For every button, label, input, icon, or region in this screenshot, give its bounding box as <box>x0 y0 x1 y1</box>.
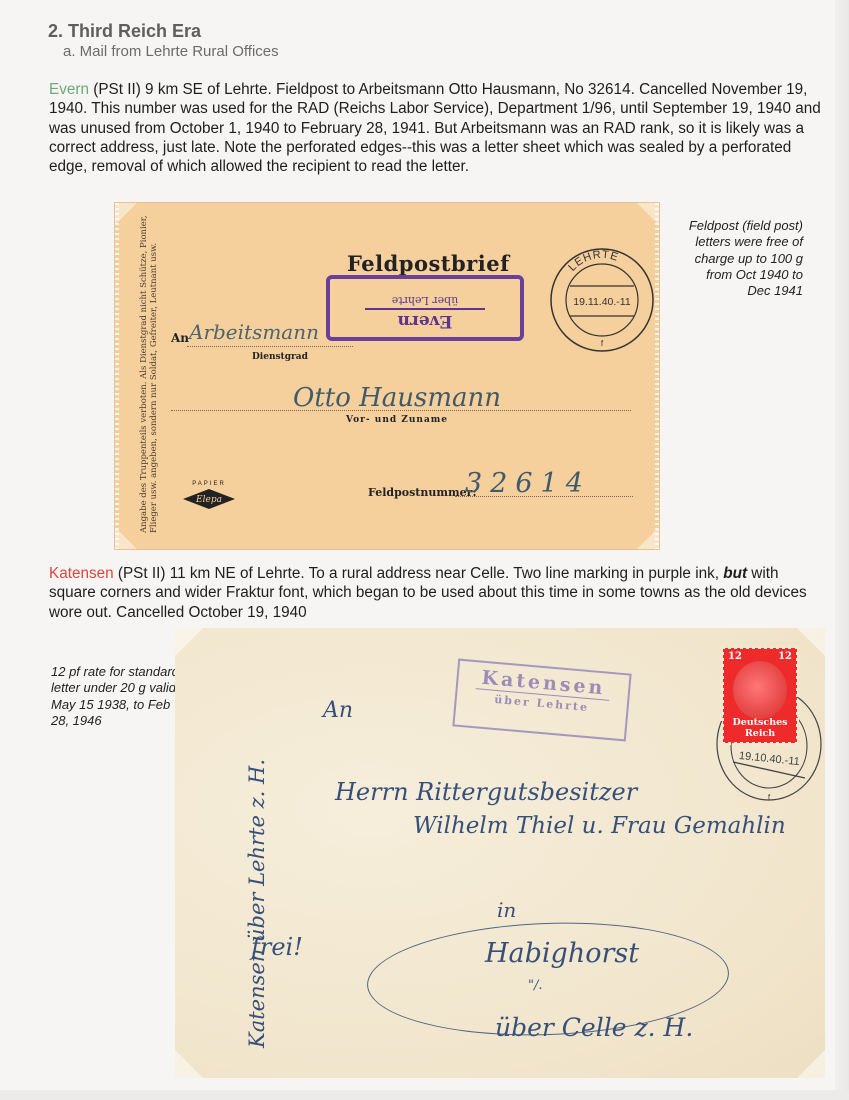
cancel-via: über Lehrte <box>365 294 485 310</box>
handwritten-address-last-line: über Celle z. H. <box>495 1013 693 1042</box>
svg-text:f: f <box>768 793 771 802</box>
katensen-rural-cancel: Katensen über Lehrte <box>452 659 631 742</box>
katensen-town-name: Katensen <box>49 565 114 582</box>
stamp-country: Deutsches Reich <box>725 717 795 739</box>
handwritten-name: Otto Hausmann <box>293 383 501 413</box>
handwritten-mark: "/. <box>528 978 543 993</box>
handwritten-sender-vertical: Katensen über Lehrte z. H. <box>245 759 269 1048</box>
photo-corner <box>175 1050 203 1078</box>
handwritten-destination-town: Habighorst <box>485 938 639 969</box>
photo-corner <box>637 203 659 225</box>
an-label: An <box>171 331 189 345</box>
photo-corner <box>115 203 137 225</box>
instructions-line-1: Angabe des Truppenteils verboten. Als Di… <box>139 223 149 533</box>
dienstgrad-label: Dienstgrad <box>252 352 308 362</box>
handwritten-address-line-1: Herrn Rittergutsbesitzer <box>335 778 637 806</box>
evern-description: Evern (PSt II) 9 km SE of Lehrte. Fieldp… <box>49 80 829 176</box>
page-edge <box>835 0 849 1100</box>
svg-text:f: f <box>601 339 604 348</box>
photo-corner <box>797 628 825 656</box>
page-title: 2. Third Reich Era <box>48 21 201 42</box>
page-bottom-edge <box>0 1090 849 1100</box>
photo-corner <box>797 1050 825 1078</box>
katensen-text-1: (PSt II) 11 km NE of Lehrte. To a rural … <box>114 565 724 582</box>
svg-text:LEHRTE: LEHRTE <box>566 249 620 274</box>
feldpostnummer-label: Feldpostnummer: <box>368 486 477 499</box>
page-subtitle: a. Mail from Lehrte Rural Offices <box>63 43 279 60</box>
perforated-edge-left <box>115 203 119 549</box>
instructions-line-2: Flieger usw. angeben, sondern nur Soldat… <box>149 223 159 533</box>
lehrte-postmark: LEHRTE 19.11.40.-11 f <box>548 246 656 354</box>
handwritten-rank: Arbeitsmann <box>189 320 319 344</box>
dotted-line <box>171 410 631 411</box>
dotted-line <box>187 346 353 347</box>
katensen-emphasis: but <box>723 565 747 582</box>
feldpost-side-note: Feldpost (field post) letters were free … <box>683 218 803 299</box>
katensen-description: Katensen (PSt II) 11 km NE of Lehrte. To… <box>49 564 829 622</box>
photo-corner <box>175 628 203 656</box>
photo-corner <box>637 527 659 549</box>
handwritten-in: in <box>497 898 516 922</box>
handwritten-feldpost-number: 32614 <box>465 468 591 499</box>
evern-town-name: Evern <box>49 81 89 98</box>
handwritten-an: An <box>323 698 353 723</box>
stamp-value-right: 12 <box>778 651 792 662</box>
hindenburg-12pf-stamp: 12 12 Deutsches Reich <box>723 648 797 743</box>
portrait-medallion-icon <box>733 661 787 719</box>
rate-side-note: 12 pf rate for standard letter under 20 … <box>51 664 181 729</box>
feldpostbrief-letter-sheet: Angabe des Truppenteils verboten. Als Di… <box>115 203 659 549</box>
svg-text:Elepa: Elepa <box>195 495 222 505</box>
evern-rural-cancel: Evern über Lehrte <box>326 275 524 341</box>
evern-text: (PSt II) 9 km SE of Lehrte. Fieldpost to… <box>49 81 821 175</box>
katensen-envelope: Katensen über Lehrte 19.10.40.-11 f 12 1… <box>175 628 825 1078</box>
stamp-value-left: 12 <box>728 651 742 662</box>
svg-text:PAPIER: PAPIER <box>192 481 226 487</box>
svg-text:19.11.40.-11: 19.11.40.-11 <box>573 296 631 308</box>
name-label: Vor- und Zuname <box>346 415 448 425</box>
cancel-town: Evern <box>330 311 520 331</box>
vertical-instructions: Angabe des Truppenteils verboten. Als Di… <box>139 223 159 533</box>
elepa-logo-icon: PAPIER Elepa <box>181 475 237 511</box>
handwritten-address-line-2: Wilhelm Thiel u. Frau Gemahlin <box>413 813 786 839</box>
